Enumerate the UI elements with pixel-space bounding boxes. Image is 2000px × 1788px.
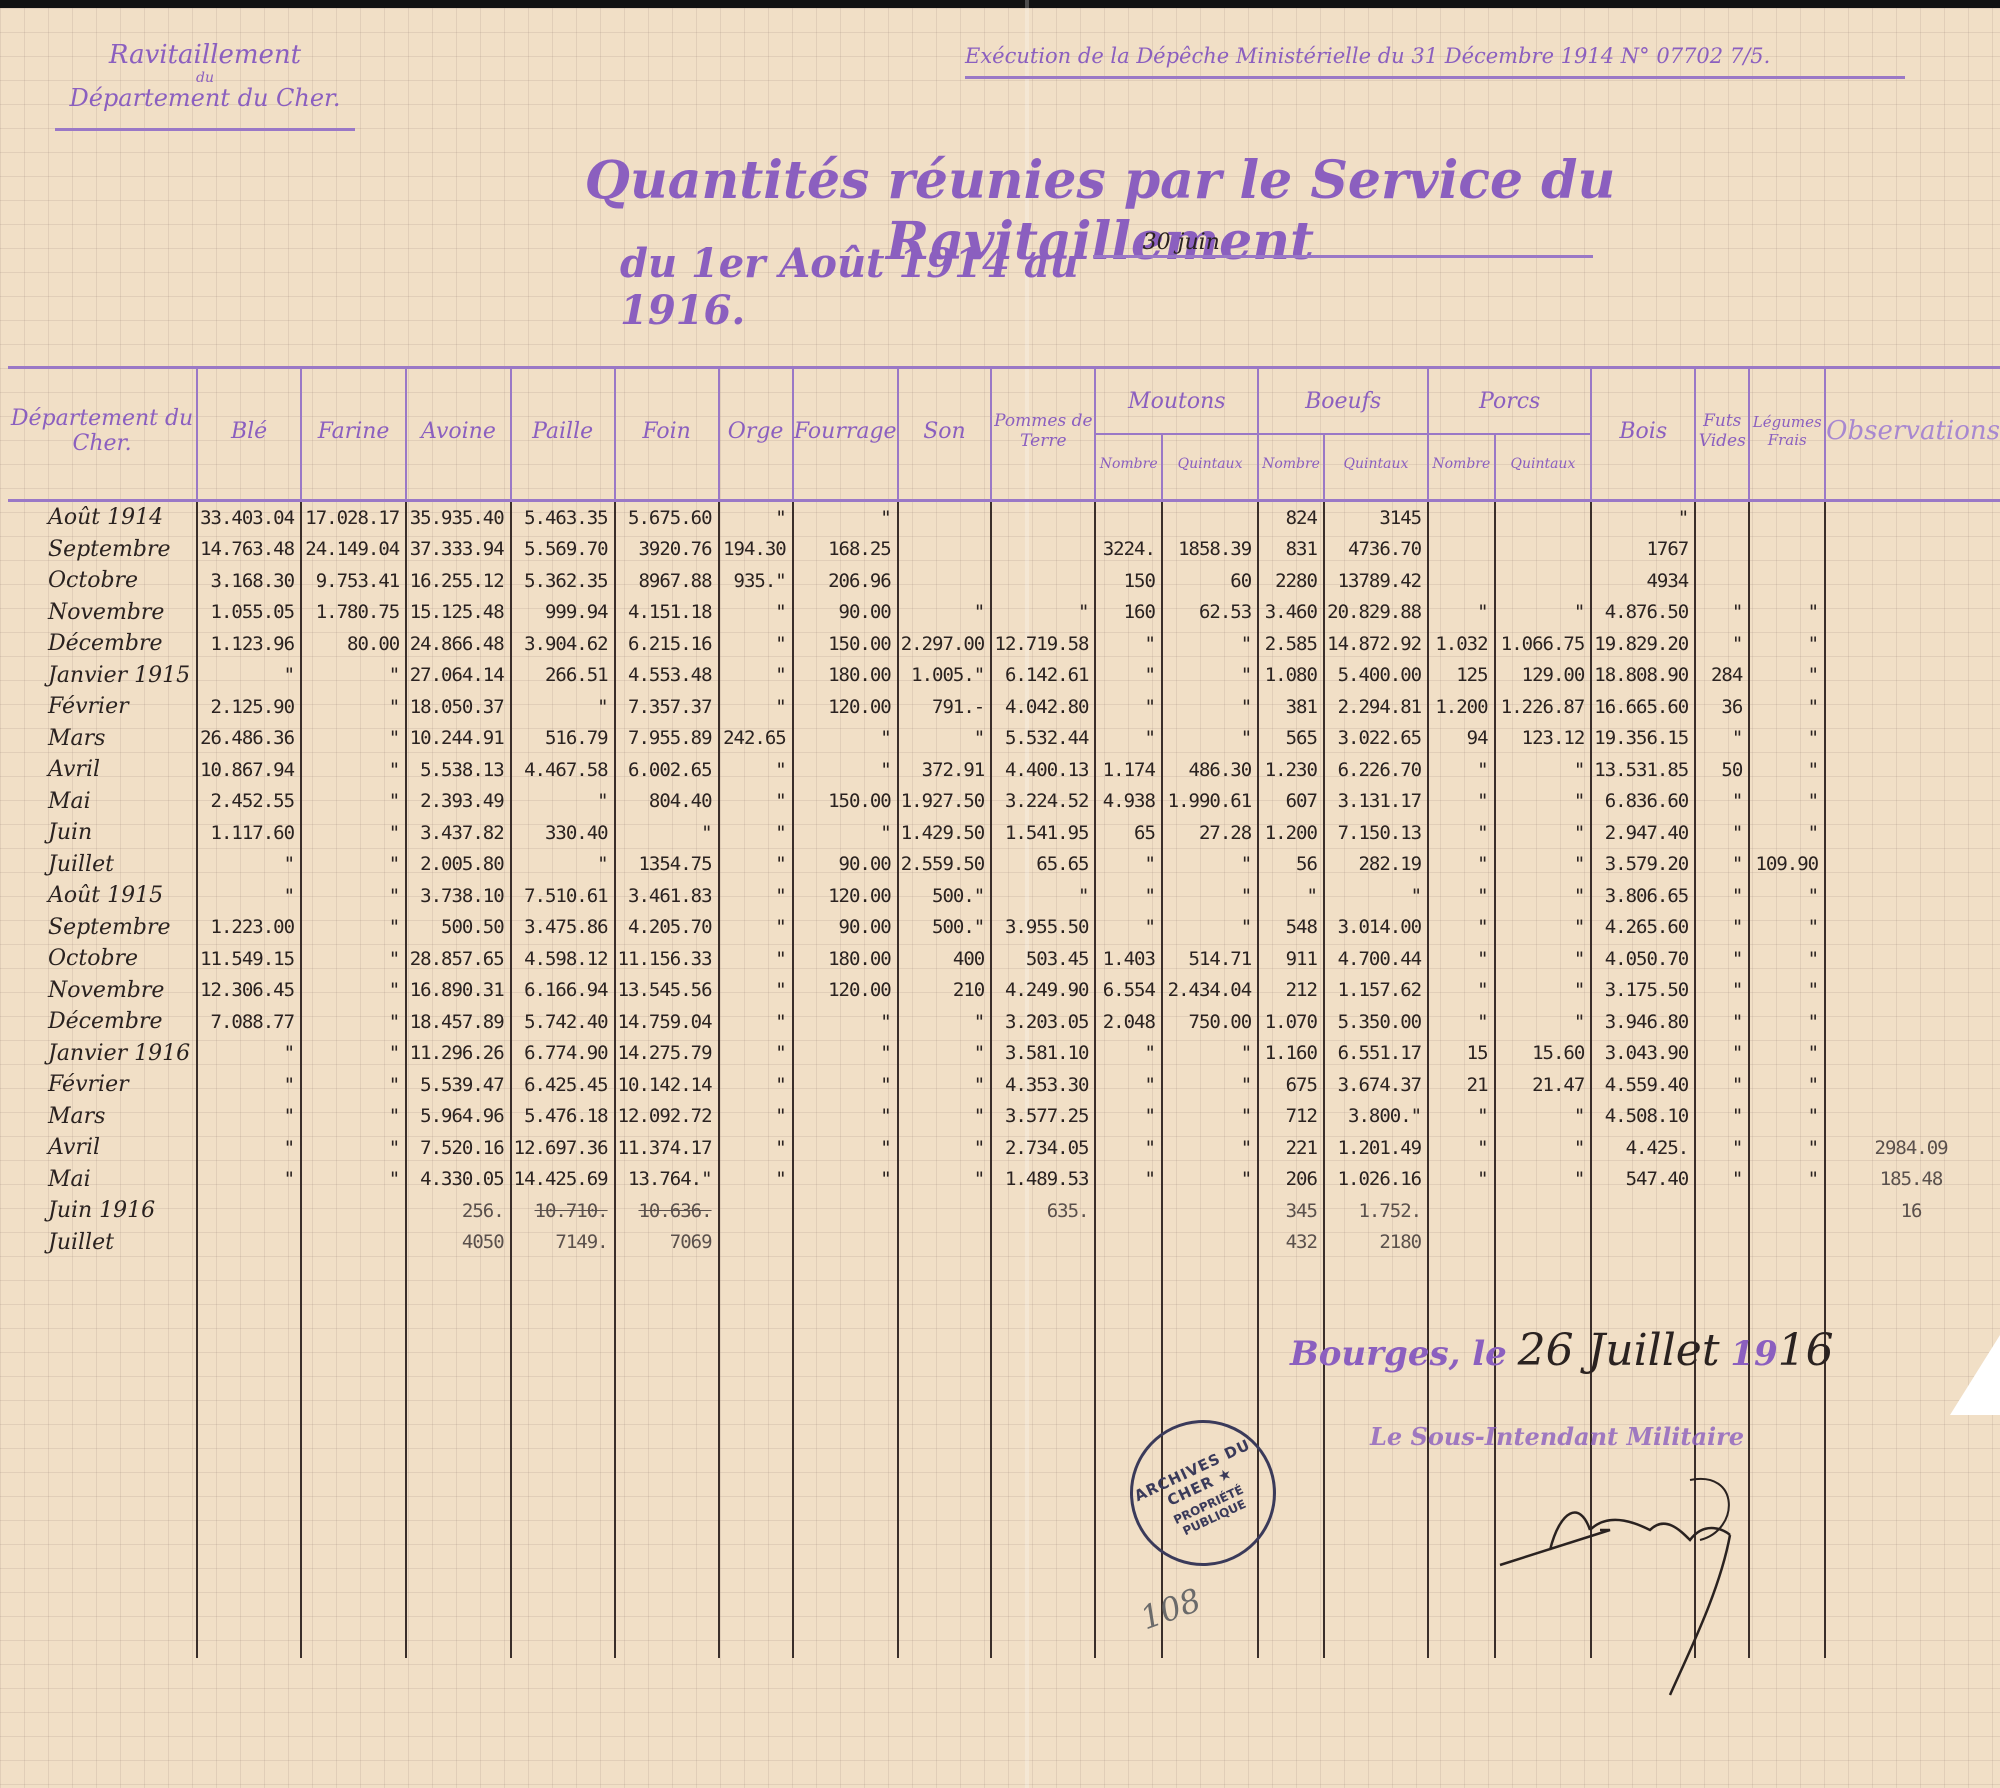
table-cell: 10.867.94: [197, 754, 301, 786]
table-cell: ": [1095, 849, 1161, 881]
empty-cell: [511, 1258, 615, 1658]
table-cell: 150.00: [793, 786, 898, 818]
table-cell: 90.00: [793, 912, 898, 944]
row-month: Mai: [8, 1164, 197, 1196]
table-cell: 330.40: [511, 817, 615, 849]
row-month: Novembre: [8, 597, 197, 629]
table-cell: 1354.75: [615, 849, 719, 881]
year-prefix: 19: [1730, 1334, 1777, 1374]
table-cell: 13.545.56: [615, 975, 719, 1007]
table-cell: 3.738.10: [406, 880, 510, 912]
table-cell: 90.00: [793, 597, 898, 629]
table-cell: ": [1749, 880, 1825, 912]
col-header-observations: Observations: [1825, 368, 2000, 494]
table-cell: 11.156.33: [615, 943, 719, 975]
table-row: Août 1915""3.738.107.510.613.461.83"120.…: [8, 880, 2000, 912]
table-cell: 4.467.58: [511, 754, 615, 786]
table-cell: ": [898, 1038, 992, 1070]
table-cell: 2.393.49: [406, 786, 510, 818]
table-cell: ": [1695, 1038, 1749, 1070]
table-cell: [1495, 565, 1592, 597]
table-cell: [301, 1195, 406, 1227]
dept-underline: [55, 128, 355, 131]
table-cell: 1.429.50: [898, 817, 992, 849]
table-cell: 6.425.45: [511, 1069, 615, 1101]
table-cell: ": [197, 1101, 301, 1133]
table-cell: 911: [1258, 943, 1324, 975]
table-cell: ": [1591, 501, 1695, 534]
table-row: Novembre12.306.45"16.890.316.166.9413.54…: [8, 975, 2000, 1007]
table-cell: 3145: [1324, 501, 1428, 534]
table-cell: 3.674.37: [1324, 1069, 1428, 1101]
table-cell: 120.00: [793, 975, 898, 1007]
table-cell: ": [719, 597, 793, 629]
table-cell: ": [1695, 723, 1749, 755]
table-cell: 1.200: [1258, 817, 1324, 849]
table-cell: ": [1749, 943, 1825, 975]
table-cell: 1.541.95: [991, 817, 1095, 849]
table-cell: 180.00: [793, 660, 898, 692]
table-cell: ": [719, 1069, 793, 1101]
table-cell: 28.857.65: [406, 943, 510, 975]
col-header-porcs: Porcs: [1428, 368, 1591, 435]
table-cell: 2.585: [1258, 628, 1324, 660]
table-cell: ": [793, 1006, 898, 1038]
table-cell: 2.125.90: [197, 691, 301, 723]
table-cell: 62.53: [1162, 597, 1258, 629]
table-cell: 1.026.16: [1324, 1164, 1428, 1196]
header-underline: [1695, 493, 1749, 501]
table-cell: 13.531.85: [1591, 754, 1695, 786]
table-cell: 3.175.50: [1591, 975, 1695, 1007]
table-cell: 284: [1695, 660, 1749, 692]
table-cell: 1.005.": [898, 660, 992, 692]
row-month: Mars: [8, 1101, 197, 1133]
row-month: Février: [8, 691, 197, 723]
row-month: Décembre: [8, 1006, 197, 1038]
table-cell: 6.774.90: [511, 1038, 615, 1070]
table-cell: 18.808.90: [1591, 660, 1695, 692]
table-cell: 1.403: [1095, 943, 1161, 975]
empty-cell: [8, 1258, 197, 1658]
table-cell: 180.00: [793, 943, 898, 975]
subtitle-suffix: 1916.: [620, 287, 745, 334]
table-cell: 503.45: [991, 943, 1095, 975]
table-cell: 1858.39: [1162, 534, 1258, 566]
table-cell: ": [1749, 1132, 1825, 1164]
subheader-moutons-quintaux: Quintaux: [1162, 434, 1258, 493]
col-header-futs-vides: Futs Vides: [1695, 368, 1749, 494]
table-cell: 11.296.26: [406, 1038, 510, 1070]
table-cell: ": [793, 754, 898, 786]
row-month: Août 1915: [8, 880, 197, 912]
table-cell: 6.166.94: [511, 975, 615, 1007]
table-cell: ": [1162, 660, 1258, 692]
table-row: Février""5.539.476.425.4510.142.14"""4.3…: [8, 1069, 2000, 1101]
table-cell: [1825, 501, 2000, 534]
table-cell: 6.554: [1095, 975, 1161, 1007]
table-cell: 282.19: [1324, 849, 1428, 881]
table-cell: 14.425.69: [511, 1164, 615, 1196]
table-cell: 3.577.25: [991, 1101, 1095, 1133]
table-cell: 635.: [991, 1195, 1095, 1227]
table-row: Mars""5.964.965.476.1812.092.72"""3.577.…: [8, 1101, 2000, 1133]
table-cell: 4.700.44: [1324, 943, 1428, 975]
table-row: Janvier 1916""11.296.266.774.9014.275.79…: [8, 1038, 2000, 1070]
table-cell: [1825, 660, 2000, 692]
table-cell: [197, 1227, 301, 1259]
header-underline: [1825, 493, 2000, 501]
table-cell: [1695, 534, 1749, 566]
table-cell: 19.356.15: [1591, 723, 1695, 755]
table-cell: ": [511, 786, 615, 818]
table-cell: ": [1695, 597, 1749, 629]
table-cell: ": [511, 691, 615, 723]
table-cell: ": [197, 849, 301, 881]
table-cell: 15.125.48: [406, 597, 510, 629]
scan-top-border: [0, 0, 2000, 8]
table-cell: 4.876.50: [1591, 597, 1695, 629]
table-cell: 120.00: [793, 880, 898, 912]
table-cell: 5.538.13: [406, 754, 510, 786]
table-cell: 7.357.37: [615, 691, 719, 723]
table-cell: ": [1695, 628, 1749, 660]
table-cell: ": [1749, 754, 1825, 786]
table-cell: ": [301, 817, 406, 849]
table-cell: [1428, 1227, 1494, 1259]
table-row: Décembre1.123.9680.0024.866.483.904.626.…: [8, 628, 2000, 660]
table-cell: [1825, 565, 2000, 597]
table-cell: ": [1695, 849, 1749, 881]
empty-cell: [1825, 1258, 2000, 1658]
table-cell: ": [301, 975, 406, 1007]
table-cell: ": [719, 912, 793, 944]
col-header-dept: Département du Cher.: [8, 368, 197, 494]
table-cell: [1825, 943, 2000, 975]
table-row: Novembre1.055.051.780.7515.125.48999.944…: [8, 597, 2000, 629]
table-cell: 2280: [1258, 565, 1324, 597]
table-cell: [1825, 1101, 2000, 1133]
subheader-porcs-nombre: Nombre: [1428, 434, 1494, 493]
table-cell: 27.28: [1162, 817, 1258, 849]
table-cell: [1695, 1195, 1749, 1227]
table-cell: 4.330.05: [406, 1164, 510, 1196]
table-cell: ": [1095, 880, 1161, 912]
header-underline: [511, 493, 615, 501]
subtitle-prefix: du 1er Août 1914 au: [620, 240, 1079, 287]
table-cell: 3.581.10: [991, 1038, 1095, 1070]
empty-cell: [615, 1258, 719, 1658]
table-cell: ": [1495, 943, 1592, 975]
empty-cell: [719, 1258, 793, 1658]
table-cell: 18.050.37: [406, 691, 510, 723]
table-cell: ": [1428, 1164, 1494, 1196]
row-month: Juin 1916: [8, 1195, 197, 1227]
table-cell: 4934: [1591, 565, 1695, 597]
table-cell: 6.836.60: [1591, 786, 1695, 818]
table-cell: 3.437.82: [406, 817, 510, 849]
table-cell: 12.092.72: [615, 1101, 719, 1133]
row-month: Décembre: [8, 628, 197, 660]
table-cell: [1749, 565, 1825, 597]
table-cell: 14.763.48: [197, 534, 301, 566]
table-cell: 3.904.62: [511, 628, 615, 660]
subheader-boeufs-nombre: Nombre: [1258, 434, 1324, 493]
empty-cell: [301, 1258, 406, 1658]
table-cell: [719, 1227, 793, 1259]
table-cell: 16.665.60: [1591, 691, 1695, 723]
col-header-bois: Bois: [1591, 368, 1695, 494]
table-cell: 3.014.00: [1324, 912, 1428, 944]
table-cell: [1825, 754, 2000, 786]
table-cell: 109.90: [1749, 849, 1825, 881]
table-cell: ": [898, 1164, 992, 1196]
table-cell: 3920.76: [615, 534, 719, 566]
table-cell: 500.": [898, 912, 992, 944]
table-cell: [1825, 628, 2000, 660]
table-cell: 4.050.70: [1591, 943, 1695, 975]
table-cell: 1.200: [1428, 691, 1494, 723]
table-cell: ": [719, 1132, 793, 1164]
table-cell: 150: [1095, 565, 1161, 597]
table-cell: 712: [1258, 1101, 1324, 1133]
table-cell: 11.374.17: [615, 1132, 719, 1164]
row-month: Juillet: [8, 849, 197, 881]
reference-underline: [965, 76, 1905, 79]
table-cell: ": [898, 1101, 992, 1133]
table-cell: 2.947.40: [1591, 817, 1695, 849]
document-subtitle: du 1er Août 1914 au 30 juin 1916.: [620, 240, 1720, 334]
table-cell: ": [1495, 754, 1592, 786]
table-cell: ": [898, 1132, 992, 1164]
table-cell: 94: [1428, 723, 1494, 755]
table-cell: 1.780.75: [301, 597, 406, 629]
table-cell: ": [1428, 817, 1494, 849]
table-cell: 2180: [1324, 1227, 1428, 1259]
table-cell: 372.91: [898, 754, 992, 786]
table-cell: 6.215.16: [615, 628, 719, 660]
table-cell: ": [1162, 1038, 1258, 1070]
table-cell: 10.244.91: [406, 723, 510, 755]
table-cell: 486.30: [1162, 754, 1258, 786]
header-underline: [898, 493, 992, 501]
table-cell: 60: [1162, 565, 1258, 597]
table-cell: 1.066.75: [1495, 628, 1592, 660]
table-cell: ": [301, 1038, 406, 1070]
table-row: Avril""7.520.1612.697.3611.374.17"""2.73…: [8, 1132, 2000, 1164]
table-cell: ": [1495, 912, 1592, 944]
table-cell: [1825, 691, 2000, 723]
table-cell: 548: [1258, 912, 1324, 944]
table-cell: ": [301, 849, 406, 881]
table-cell: 160: [1095, 597, 1161, 629]
table-cell: ": [197, 660, 301, 692]
table-cell: ": [719, 1006, 793, 1038]
table-cell: 3.461.83: [615, 880, 719, 912]
table-cell: 3.203.05: [991, 1006, 1095, 1038]
col-header-paille: Paille: [511, 368, 615, 494]
table-cell: ": [719, 754, 793, 786]
col-header-boeufs: Boeufs: [1258, 368, 1428, 435]
table-cell: [1591, 1227, 1695, 1259]
table-cell: [1162, 501, 1258, 534]
table-cell: ": [1095, 1038, 1161, 1070]
table-cell: ": [615, 817, 719, 849]
table-cell: ": [1095, 1132, 1161, 1164]
table-cell: [1162, 1195, 1258, 1227]
table-cell: 65.65: [991, 849, 1095, 881]
table-cell: 7.520.16: [406, 1132, 510, 1164]
empty-cell: [991, 1258, 1095, 1658]
table-cell: 5.569.70: [511, 534, 615, 566]
table-row: Octobre11.549.15"28.857.654.598.1211.156…: [8, 943, 2000, 975]
table-cell: 1.489.53: [991, 1164, 1095, 1196]
table-cell: ": [1428, 849, 1494, 881]
table-cell: [1495, 534, 1592, 566]
table-cell: 4.249.90: [991, 975, 1095, 1007]
table-cell: 5.362.35: [511, 565, 615, 597]
table-cell: ": [719, 501, 793, 534]
table-cell: 2984.09: [1825, 1132, 2000, 1164]
table-cell: ": [1749, 817, 1825, 849]
table-cell: 1.055.05: [197, 597, 301, 629]
table-cell: 1.927.50: [898, 786, 992, 818]
table-cell: ": [301, 723, 406, 755]
table-cell: 607: [1258, 786, 1324, 818]
table-cell: ": [301, 754, 406, 786]
empty-cell: [898, 1258, 992, 1658]
table-cell: ": [1749, 975, 1825, 1007]
table-cell: 824: [1258, 501, 1324, 534]
table-cell: 1.201.49: [1324, 1132, 1428, 1164]
table-cell: 13789.42: [1324, 565, 1428, 597]
table-cell: 194.30: [719, 534, 793, 566]
table-cell: ": [1162, 1101, 1258, 1133]
table-cell: ": [898, 597, 992, 629]
table-cell: 804.40: [615, 786, 719, 818]
table-cell: 5.350.00: [1324, 1006, 1428, 1038]
ministerial-reference: Exécution de la Dépêche Ministérielle du…: [965, 44, 1905, 79]
place-and-date: Bourges, le 26 Juillet 1916: [1290, 1325, 1834, 1376]
row-month: Août 1914: [8, 501, 197, 534]
header-underline: [301, 493, 406, 501]
table-cell: 999.94: [511, 597, 615, 629]
table-cell: ": [301, 786, 406, 818]
table-cell: 1.032: [1428, 628, 1494, 660]
table-cell: 36: [1695, 691, 1749, 723]
table-cell: 4.508.10: [1591, 1101, 1695, 1133]
signature-icon: [1490, 1470, 1770, 1700]
table-cell: [1095, 1195, 1161, 1227]
table-cell: 5.964.96: [406, 1101, 510, 1133]
table-cell: ": [898, 1006, 992, 1038]
table-cell: 791.-: [898, 691, 992, 723]
row-month: Janvier 1916: [8, 1038, 197, 1070]
table-cell: 1.123.96: [197, 628, 301, 660]
table-row: Août 191433.403.0417.028.1735.935.405.46…: [8, 501, 2000, 534]
table-cell: 10.636.: [615, 1195, 719, 1227]
table-cell: 2.434.04: [1162, 975, 1258, 1007]
table-cell: ": [898, 1069, 992, 1101]
table-cell: ": [1095, 1101, 1161, 1133]
table-cell: ": [1162, 1069, 1258, 1101]
empty-cell: [793, 1258, 898, 1658]
table-cell: 4.151.18: [615, 597, 719, 629]
row-month: Janvier 1915: [8, 660, 197, 692]
table-cell: [1162, 1227, 1258, 1259]
table-cell: 6.002.65: [615, 754, 719, 786]
table-cell: 2.297.00: [898, 628, 992, 660]
table-cell: ": [1162, 849, 1258, 881]
table-row: Octobre3.168.309.753.4116.255.125.362.35…: [8, 565, 2000, 597]
table-row: Septembre1.223.00"500.503.475.864.205.70…: [8, 912, 2000, 944]
row-month: Février: [8, 1069, 197, 1101]
table-cell: 2.005.80: [406, 849, 510, 881]
table-cell: 21.47: [1495, 1069, 1592, 1101]
table-cell: 16.890.31: [406, 975, 510, 1007]
table-cell: ": [1095, 1164, 1161, 1196]
table-cell: ": [793, 1164, 898, 1196]
table-cell: ": [1495, 1101, 1592, 1133]
table-cell: ": [1428, 1101, 1494, 1133]
table-row: Septembre14.763.4824.149.0437.333.945.56…: [8, 534, 2000, 566]
table-cell: ": [1495, 880, 1592, 912]
table-cell: 5.532.44: [991, 723, 1095, 755]
table-cell: 7.510.61: [511, 880, 615, 912]
subheader-moutons-nombre: Nombre: [1095, 434, 1161, 493]
table-cell: ": [793, 1101, 898, 1133]
table-cell: 11.549.15: [197, 943, 301, 975]
table-cell: ": [1162, 880, 1258, 912]
table-cell: [1695, 1227, 1749, 1259]
table-cell: ": [991, 880, 1095, 912]
table-cell: ": [719, 786, 793, 818]
col-header-son: Son: [898, 368, 992, 494]
table-cell: 3.022.65: [1324, 723, 1428, 755]
table-cell: ": [1695, 786, 1749, 818]
header-underline: [197, 493, 301, 501]
table-cell: ": [719, 817, 793, 849]
table-cell: ": [197, 1164, 301, 1196]
date-handwritten: 26 Juillet: [1518, 1325, 1720, 1376]
department-header: Ravitaillement du Département du Cher.: [55, 40, 355, 131]
table-cell: ": [1495, 1006, 1592, 1038]
table-cell: 1.223.00: [197, 912, 301, 944]
row-month: Octobre: [8, 565, 197, 597]
table-cell: [898, 1227, 992, 1259]
table-cell: 1.160: [1258, 1038, 1324, 1070]
table-cell: 2.734.05: [991, 1132, 1095, 1164]
table-cell: ": [197, 1038, 301, 1070]
table-cell: 6.551.17: [1324, 1038, 1428, 1070]
table-cell: 1.230: [1258, 754, 1324, 786]
table-cell: 14.275.79: [615, 1038, 719, 1070]
table-cell: ": [1695, 943, 1749, 975]
col-header-farine: Farine: [301, 368, 406, 494]
table-cell: ": [1495, 1164, 1592, 1196]
table-cell: 4.265.60: [1591, 912, 1695, 944]
table-cell: ": [1258, 880, 1324, 912]
table-cell: ": [197, 1132, 301, 1164]
table-cell: [1428, 1195, 1494, 1227]
table-cell: ": [1749, 597, 1825, 629]
table-cell: ": [793, 723, 898, 755]
table-row: Février2.125.90"18.050.37"7.357.37"120.0…: [8, 691, 2000, 723]
table-cell: 210: [898, 975, 992, 1007]
table-cell: 4.938: [1095, 786, 1161, 818]
table-cell: 5.400.00: [1324, 660, 1428, 692]
table-cell: ": [1162, 1132, 1258, 1164]
